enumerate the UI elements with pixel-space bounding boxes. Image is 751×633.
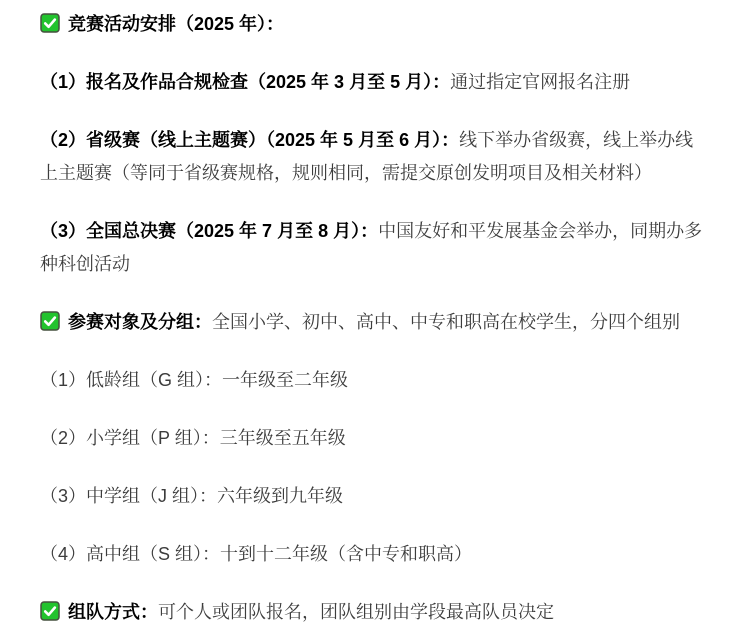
check-icon [40, 13, 60, 33]
group-p: （2）小学组（P 组）：三年级至五年级 [40, 422, 709, 455]
body-text-segment: （2）小学组（P 组）：三年级至五年级 [40, 428, 346, 448]
body-text-segment: 全国小学、初中、高中、中专和职高在校学生，分四个组别 [212, 312, 680, 332]
item-registration-check: （1）报名及作品合规检查（2025 年 3 月至 5 月）：通过指定官网报名注册 [40, 66, 709, 99]
body-text-segment: 通过指定官网报名注册 [450, 72, 630, 92]
bold-text-segment: （2）省级赛（线上主题赛）（2025 年 5 月至 6 月）： [40, 130, 459, 150]
document-body: 竞赛活动安排（2025 年）：（1）报名及作品合规检查（2025 年 3 月至 … [40, 8, 709, 629]
body-text-segment: （1）低龄组（G 组）：一年级至二年级 [40, 370, 348, 390]
bold-text-segment: （1）报名及作品合规检查（2025 年 3 月至 5 月）： [40, 72, 450, 92]
item-provincial-round: （2）省级赛（线上主题赛）（2025 年 5 月至 6 月）：线下举办省级赛，线… [40, 124, 709, 190]
item-national-final: （3）全国总决赛（2025 年 7 月至 8 月）：中国友好和平发展基金会举办，… [40, 215, 709, 281]
check-icon [40, 311, 60, 331]
bold-text-segment: 参赛对象及分组： [68, 312, 212, 332]
body-text-segment: （4）高中组（S 组）：十到十二年级（含中专和职高） [40, 544, 472, 564]
body-text-segment: （3）中学组（J 组）：六年级到九年级 [40, 486, 343, 506]
body-text-segment: 可个人或团队报名，团队组别由学段最高队员决定 [158, 602, 554, 622]
group-s: （4）高中组（S 组）：十到十二年级（含中专和职高） [40, 538, 709, 571]
check-icon [40, 601, 60, 621]
document: 竞赛活动安排（2025 年）：（1）报名及作品合规检查（2025 年 3 月至 … [0, 0, 751, 633]
bold-text-segment: 组队方式： [68, 602, 158, 622]
heading-schedule: 竞赛活动安排（2025 年）： [40, 8, 709, 41]
bold-text-segment: 竞赛活动安排（2025 年）： [68, 14, 284, 34]
group-j: （3）中学组（J 组）：六年级到九年级 [40, 480, 709, 513]
group-g: （1）低龄组（G 组）：一年级至二年级 [40, 364, 709, 397]
heading-team-formation: 组队方式：可个人或团队报名，团队组别由学段最高队员决定 [40, 596, 709, 629]
bold-text-segment: （3）全国总决赛（2025 年 7 月至 8 月）： [40, 221, 378, 241]
heading-participants-groups: 参赛对象及分组：全国小学、初中、高中、中专和职高在校学生，分四个组别 [40, 306, 709, 339]
